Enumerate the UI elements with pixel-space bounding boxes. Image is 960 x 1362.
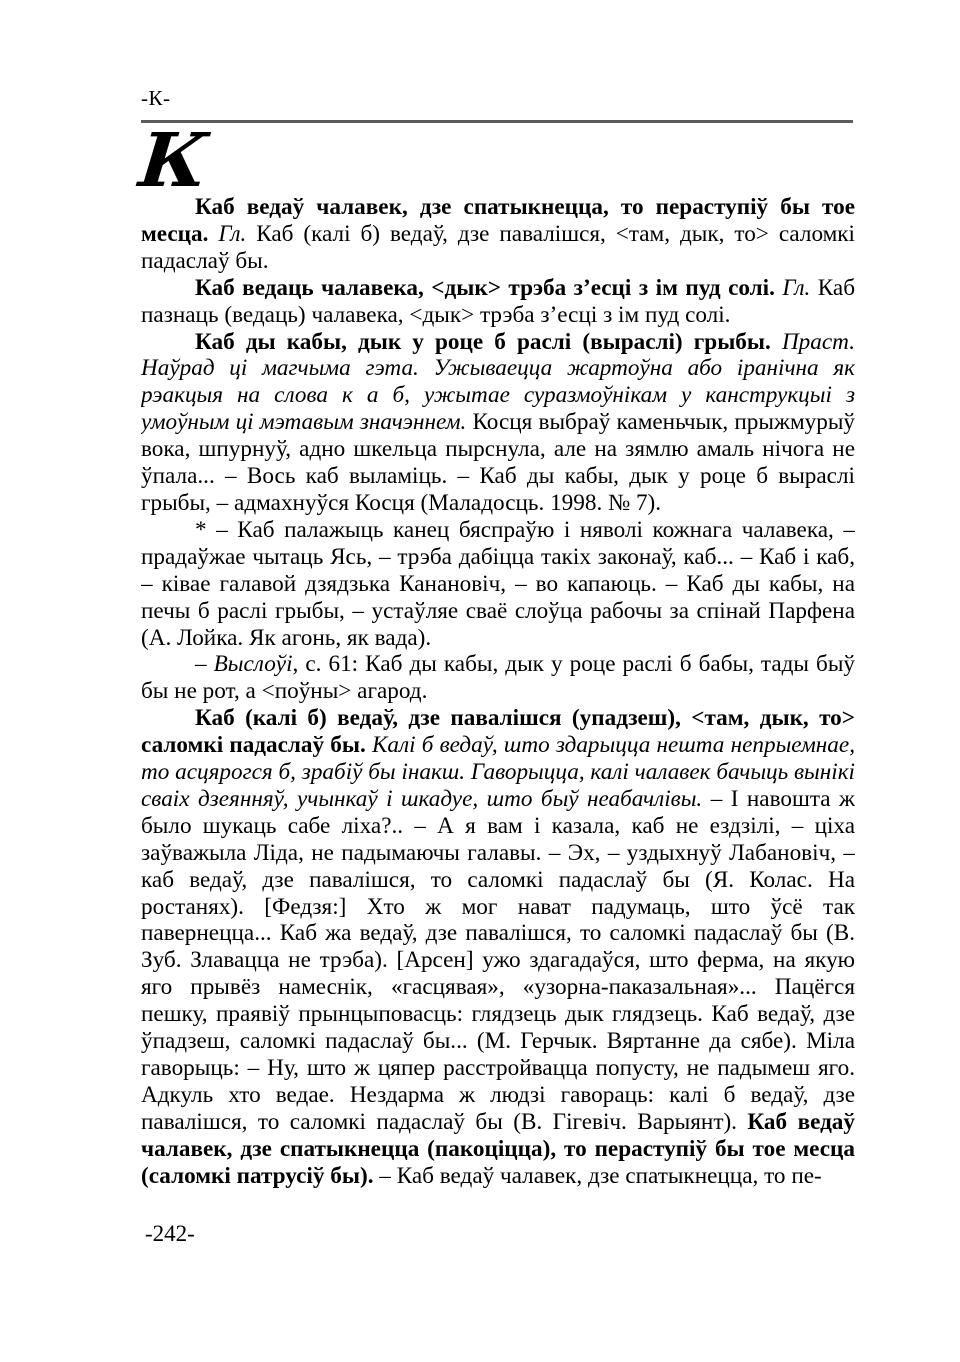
paragraph: Каб ведаць чалавека, <дык> трэба з’есці …: [141, 275, 855, 329]
paragraph: – Выслоўі, с. 61: Каб ды кабы, дык у роц…: [141, 651, 855, 705]
book-page-scan: { "page": { "running_head": "-К-", "sect…: [0, 0, 960, 1362]
running-head: -К-: [141, 88, 171, 109]
paragraph: Каб ды кабы, дык у роце б раслі (выраслі…: [141, 329, 855, 517]
text-run-normal: –: [195, 651, 214, 677]
page: -К- К Каб ведаў чалавек, дзе спатыкнецца…: [0, 0, 960, 1362]
text-run-normal: – Каб ведаў чалавек, дзе спатыкнецца, то…: [379, 1163, 821, 1189]
header-rule: [141, 120, 853, 123]
text-run-italic: Выслоўі: [214, 651, 293, 677]
paragraph: Каб (калі б) ведаў, дзе павалішся (упадз…: [141, 705, 855, 1189]
text-run-normal: * – Каб палажыць канец бяспраўю і няволі…: [141, 517, 855, 651]
entry-text: Каб ведаў чалавек, дзе спатыкнецца, то п…: [141, 194, 855, 1190]
text-run-italic: Гл.: [218, 221, 256, 247]
text-run-bold: Каб ды кабы, дык у роце б раслі (выраслі…: [195, 329, 782, 355]
section-letter-dropcap: К: [136, 124, 211, 198]
paragraph: Каб ведаў чалавек, дзе спатыкнецца, то п…: [141, 194, 855, 275]
text-run-bold: Каб ведаць чалавека, <дык> трэба з’есці …: [195, 275, 782, 301]
text-run-normal: – І навошта ж было шукаць сабе ліха?.. –…: [141, 786, 855, 1135]
page-number: -242-: [145, 1222, 195, 1245]
text-run-italic: Гл.: [782, 275, 817, 301]
paragraph: * – Каб палажыць канец бяспраўю і няволі…: [141, 517, 855, 652]
